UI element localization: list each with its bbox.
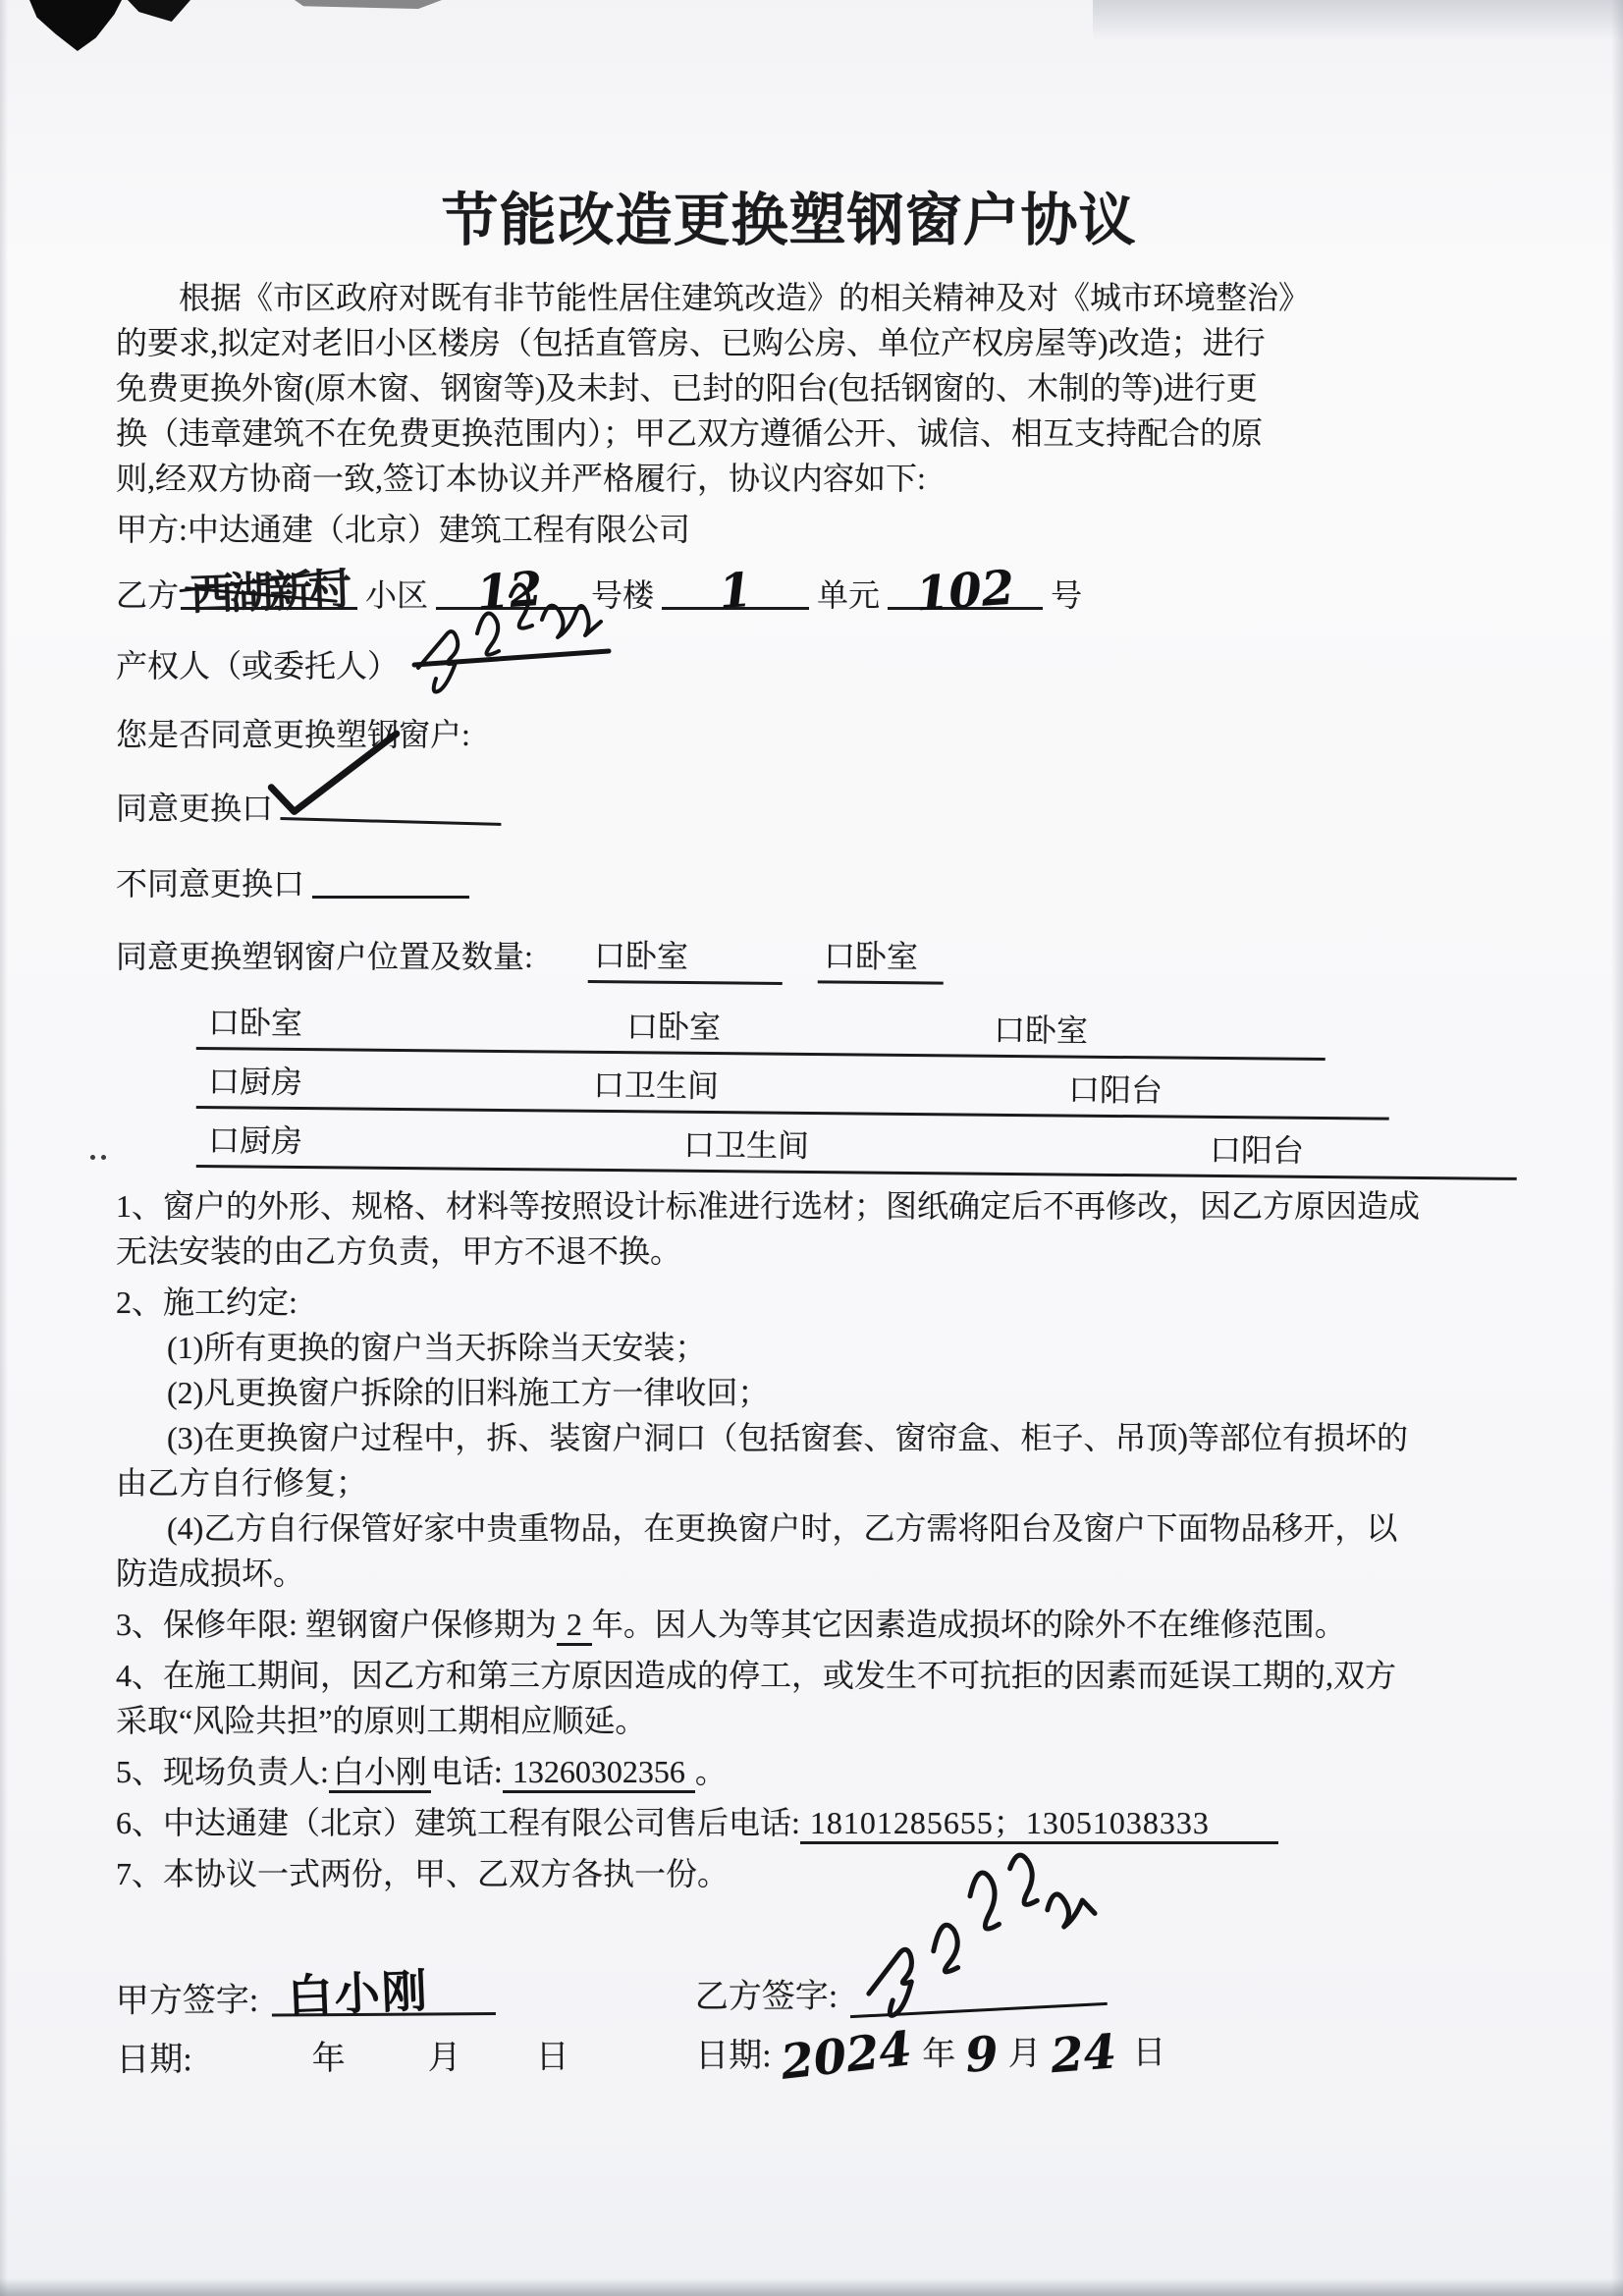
after-sales-phones: 18101285655；13051038333: [800, 1805, 1278, 1844]
agree-field: [280, 776, 502, 826]
community-field: 西湖新村: [181, 566, 357, 610]
location-box: 口厨房: [208, 1059, 302, 1105]
unit-field: 1: [662, 566, 809, 610]
month-label: 月: [428, 2040, 461, 2076]
party-b-signature-area: 乙方签字: 日期:2024年9月24日: [695, 1962, 1428, 2079]
disagree-option-row: 不同意更换口: [116, 854, 1427, 906]
location-box: 口卫生间: [683, 1122, 809, 1169]
locations-row: 口卧室 口卧室 口卧室: [196, 1000, 1325, 1061]
intro-line: 免费更换外窗(原木窗、钢窗等)及未封、已封的阳台(包括钢窗的、木制的等)进行更: [116, 365, 1427, 410]
year-label: 年: [922, 2037, 955, 2073]
year-label: 年: [312, 2041, 346, 2077]
owner-row: 产权人（或委托人）: [116, 637, 1427, 688]
intro-line: 根据《市区政府对既有非节能性居住建筑改造》的相关精神及对《城市环境整治》: [116, 275, 1427, 320]
locations-header-row: 同意更换塑钢窗户位置及数量:口卧室口卧室: [116, 934, 1427, 984]
clause-2-head: 2、施工约定:: [116, 1280, 1427, 1325]
location-box: 口卧室: [626, 1004, 721, 1050]
number-field: 102: [888, 566, 1043, 610]
clause-5-text: 5、现场负责人:: [116, 1754, 329, 1789]
clause-5-text: 。: [695, 1754, 727, 1789]
document-content: 节能改造更换塑钢窗户协议 根据《市区政府对既有非节能性居住建筑改造》的相关精神及…: [0, 0, 1623, 2079]
disagree-option-label: 不同意更换口: [116, 866, 304, 902]
disagree-field: [312, 854, 469, 899]
party-b-row: 乙方西湖新村小区12号楼1单元102号: [116, 566, 1427, 618]
intro-line: 的要求,拟定对老旧小区楼房（包括直管房、已购公房、单位产权房屋等)改造；进行: [116, 320, 1427, 365]
site-manager-phone: 13260302356: [503, 1754, 695, 1793]
party-b-signature-field: [848, 1959, 1108, 2018]
location-box: 口厨房: [208, 1118, 302, 1164]
clause-6: 6、中达通建（北京）建筑工程有限公司售后电话:18101285655；13051…: [116, 1800, 1427, 1845]
locations-row: 口厨房 口卫生间 口阳台: [196, 1118, 1517, 1180]
owner-label: 产权人（或委托人）: [116, 648, 399, 683]
clause-4: 4、在施工期间，因乙方和第三方原因造成的停工，或发生不可抗拒的因素而延误工期的,…: [116, 1653, 1427, 1743]
intro-paragraph: 根据《市区政府对既有非节能性居住建筑改造》的相关精神及对《城市环境整治》 的要求…: [116, 275, 1427, 501]
party-b-label: 乙方: [116, 577, 179, 613]
scan-shadow-bottom: [0, 2278, 1623, 2296]
date-label: 日期:: [695, 2038, 772, 2075]
clause-2-item: (1)所有更换的窗户当天拆除当天安装；: [116, 1325, 1427, 1370]
location-box: 口卧室: [208, 1000, 302, 1046]
party-b-signature-row: 乙方签字:: [695, 1962, 1427, 2020]
party-a-signature-label: 甲方签字:: [116, 1983, 259, 2020]
page-title: 节能改造更换塑钢窗户协议: [134, 189, 1444, 253]
warranty-years-value: 2: [557, 1607, 592, 1646]
location-box: 口卧室: [588, 933, 784, 985]
number-value: 102: [914, 565, 1015, 619]
location-box: 口卧室: [818, 933, 945, 984]
owner-signature: [406, 637, 652, 677]
number-label: 号: [1051, 577, 1082, 613]
location-box: 口卧室: [994, 1008, 1088, 1054]
party-a-signature-field: 白小刚: [272, 1969, 496, 2017]
party-b-date-row: 日期:2024年9月24日: [695, 2029, 1427, 2079]
clause-2-item: (2)凡更换窗户拆除的旧料施工方一律收回；: [116, 1370, 1427, 1415]
clause-3: 3、保修年限: 塑钢窗户保修期为2年。因人为等其它因素造成损坏的除外不在维修范围…: [116, 1602, 1427, 1647]
party-a-date-row: 日期:年月日: [116, 2035, 695, 2084]
clause-3-text: 3、保修年限: 塑钢窗户保修期为: [116, 1607, 557, 1642]
clause-5: 5、现场负责人:白小刚电话:13260302356。: [116, 1749, 1427, 1794]
party-b-signature-label: 乙方签字:: [695, 1979, 839, 2016]
month-label: 月: [1008, 2036, 1042, 2072]
intro-line: 换（违章建筑不在免费更换范围内）；甲乙双方遵循公开、诚信、相互支持配合的原: [116, 410, 1427, 456]
clause-3-text: 年。因人为等其它因素造成损坏的除外不在维修范围。: [592, 1607, 1346, 1642]
unit-value: 1: [718, 567, 754, 616]
location-box: 口阳台: [1068, 1067, 1163, 1114]
party-a-line: 甲方:中达通建（北京）建筑工程有限公司: [116, 507, 1427, 552]
agree-option-label: 同意更换口: [116, 791, 273, 826]
party-a-signature-row: 甲方签字:白小刚: [116, 1968, 695, 2025]
party-b-year-value: 2024: [780, 2029, 914, 2083]
clause-5-text: 电话:: [431, 1754, 503, 1789]
unit-label: 单元: [817, 577, 880, 613]
day-label: 日: [1132, 2035, 1165, 2071]
signature-block: 甲方签字:白小刚 日期:年月日 乙方签字:: [116, 1962, 1428, 2083]
location-box: 口卫生间: [593, 1063, 719, 1109]
check-tick-mark: [266, 727, 403, 829]
party-a-signature-area: 甲方签字:白小刚 日期:年月日: [116, 1968, 696, 2084]
location-box: 口阳台: [1210, 1127, 1304, 1174]
scanned-agreement-page: 节能改造更换塑钢窗户协议 根据《市区政府对既有非节能性居住建筑改造》的相关精神及…: [0, 0, 1623, 2296]
clause-2-item: (3)在更换窗户过程中，拆、装窗户洞口（包括窗套、窗帘盒、柜子、吊顶)等部位有损…: [116, 1415, 1427, 1505]
party-a-signature-name: 白小刚: [287, 1969, 430, 2020]
clause-1: 1、窗户的外形、规格、材料等按照设计标准进行选材；图纸确定后不再修改，因乙方原因…: [116, 1183, 1427, 1274]
clause-7: 7、本协议一式两份，甲、乙双方各执一份。: [116, 1851, 1427, 1896]
day-label: 日: [536, 2039, 569, 2075]
clause-6-text: 6、中达通建（北京）建筑工程有限公司售后电话:: [116, 1805, 800, 1840]
owner-signature-scribble: [412, 574, 638, 702]
clause-2-item: (4)乙方自行保管好家中贵重物品，在更换窗户时，乙方需将阳台及窗户下面物品移开，…: [116, 1505, 1427, 1596]
locations-header-label: 同意更换塑钢窗户位置及数量:: [116, 939, 533, 974]
locations-row: 口厨房 口卫生间 口阳台: [196, 1059, 1389, 1121]
party-b-day-value: 24: [1050, 2032, 1118, 2076]
party-b-month-value: 9: [964, 2034, 1000, 2075]
intro-line: 则,经双方协商一致,签订本协议并严格履行，协议内容如下:: [116, 456, 1427, 501]
agree-option-row: 同意更换口: [116, 779, 1427, 831]
date-label: 日期:: [116, 2042, 192, 2079]
party-b-signature-scribble: [852, 1844, 1107, 2028]
site-manager-name: 白小刚: [329, 1754, 431, 1793]
